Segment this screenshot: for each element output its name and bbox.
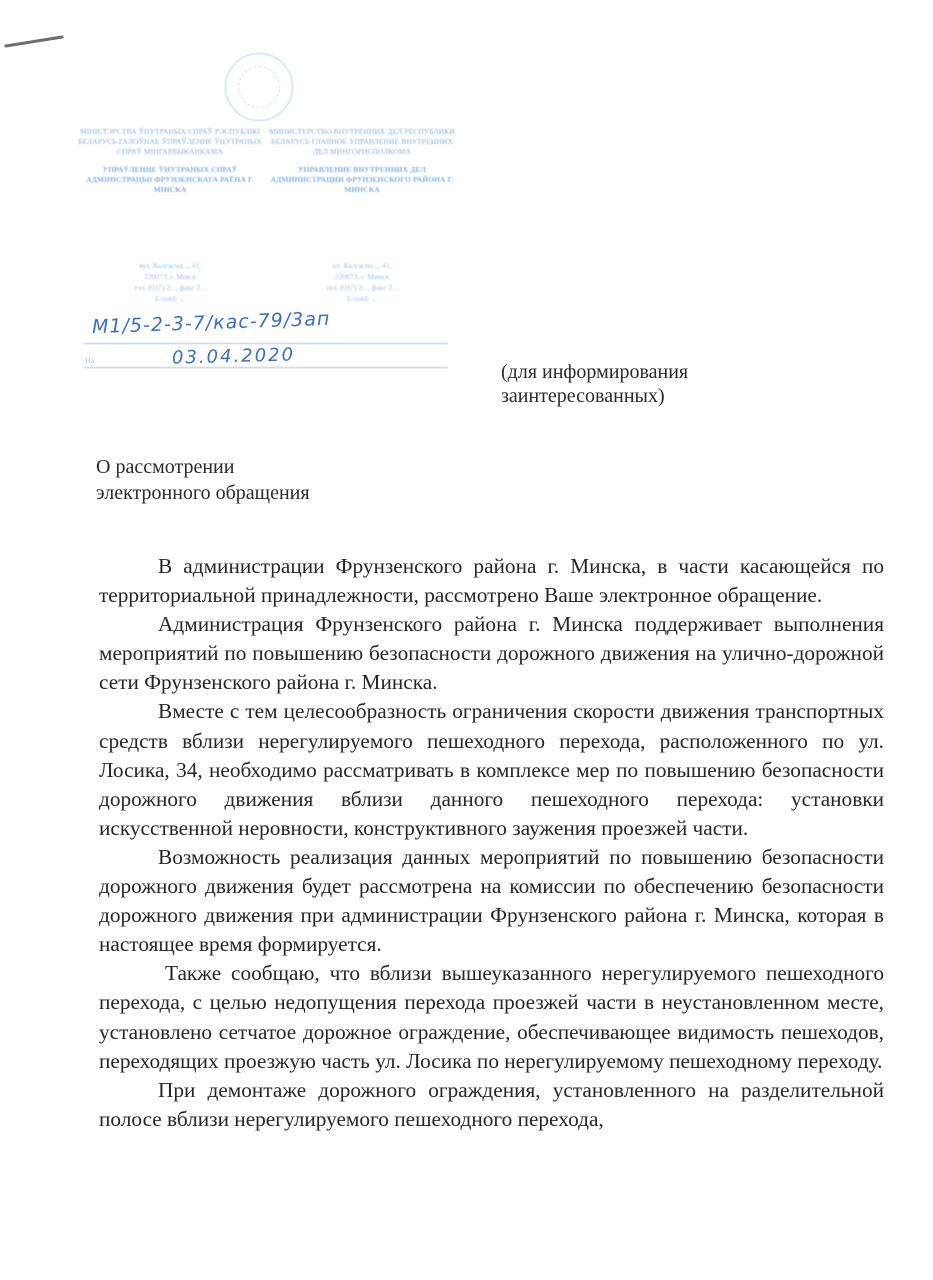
body-paragraph: Администрация Фрунзенского района г. Мин…: [99, 610, 884, 697]
pen-mark: [4, 35, 64, 47]
subject-line: О рассмотрении: [96, 454, 310, 480]
address-line: вул. Калгасна..., 41,: [75, 260, 265, 271]
address-line: ул. Калгасна..., 41,: [267, 260, 457, 271]
body-paragraph: Возможность реализация данных мероприяти…: [99, 843, 884, 959]
subject-block: О рассмотрении электронного обращения: [96, 454, 310, 506]
address-line: тэл. (017) 2..., факс 2...: [75, 282, 265, 293]
date-underline: [83, 367, 448, 368]
body-paragraph: В администрации Фрунзенского района г. М…: [99, 552, 884, 610]
address-line: E-mail: ...: [75, 293, 265, 304]
letterhead-right-column: Министерство внутренних дел Республики Б…: [267, 127, 457, 203]
body-paragraph: Также сообщаю, что вблизи вышеуказанного…: [99, 959, 884, 1075]
registration-date: 03.04.2020: [172, 344, 296, 368]
body-paragraph: При демонтаже дорожного ограждения, уста…: [99, 1076, 884, 1134]
emblem-seal-icon: [225, 53, 293, 121]
letterhead-address-ru: ул. Калгасна..., 41, 220073, г. Минск те…: [267, 260, 457, 304]
letterhead-department-ru: Управление внутренних дел администрации …: [267, 165, 457, 195]
address-line: тел. (017) 2..., факс 2...: [267, 282, 457, 293]
letterhead-ministry-ru: Министерство внутренних дел Республики Б…: [267, 127, 457, 157]
addressee-block: (для информирования заинтересованных): [501, 360, 688, 408]
addressee-line: заинтересованных): [501, 384, 688, 408]
subject-line: электронного обращения: [96, 480, 310, 506]
letterhead-address-by: вул. Калгасна..., 41, 220073, г. Мінск т…: [75, 260, 265, 304]
addressee-line: (для информирования: [501, 360, 688, 384]
address-line: 220073, г. Мінск: [75, 271, 265, 282]
letterhead-ministry-by: Міністэрства ўнутраных спраў Рэспублікі …: [75, 127, 265, 157]
letterhead-department-by: Упраўленне ўнутраных спраў адміністрацыі…: [75, 165, 265, 195]
registration-prefix-label: На: [85, 356, 94, 365]
letter-body: В администрации Фрунзенского района г. М…: [99, 552, 884, 1134]
address-line: 220073, г. Минск: [267, 271, 457, 282]
body-paragraph: Вместе с тем целесообразность ограничени…: [99, 697, 884, 842]
address-line: E-mail: ...: [267, 293, 457, 304]
registration-underline: [83, 343, 448, 344]
letterhead-left-column: Міністэрства ўнутраных спраў Рэспублікі …: [75, 127, 265, 203]
